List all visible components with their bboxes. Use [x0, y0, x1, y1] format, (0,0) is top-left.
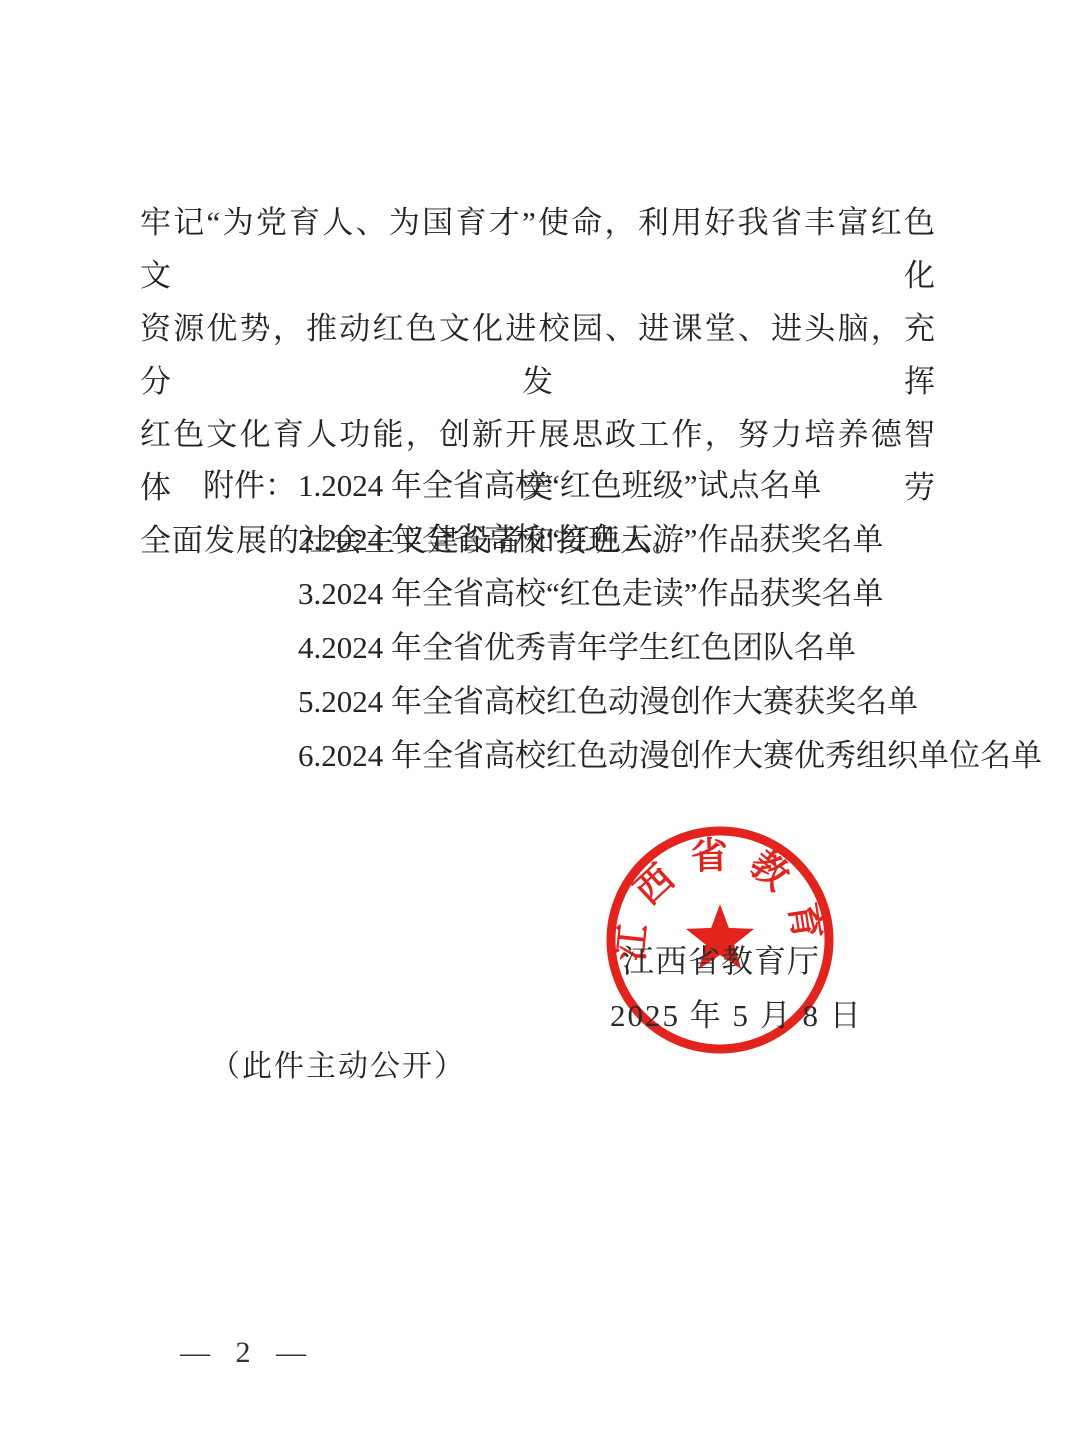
document-page: 牢记“为党育人、为国育才”使命，利用好我省丰富红色文化 资源优势，推动红色文化进… [0, 0, 1080, 1439]
attachment-label: 附件： [203, 459, 296, 513]
issue-date: 2025 年 5 月 8 日 [610, 996, 863, 1036]
attachment-item: 3.2024 年全省高校“红色走读”作品获奖名单 [298, 567, 1042, 621]
attachment-item: 2.2024 年全省高校“红色云游”作品获奖名单 [298, 513, 1042, 567]
attachment-item: 1.2024 年全省高校“红色班级”试点名单 [298, 459, 1042, 513]
paragraph-line: 资源优势，推动红色文化进校园、进课堂、进头脑，充分发挥 [140, 302, 936, 408]
attachment-item: 5.2024 年全省高校红色动漫创作大赛获奖名单 [298, 675, 1042, 729]
paragraph-line: 牢记“为党育人、为国育才”使命，利用好我省丰富红色文化 [140, 196, 936, 302]
attachment-item: 6.2024 年全省高校红色动漫创作大赛优秀组织单位名单 [298, 729, 1042, 783]
attachment-items: 1.2024 年全省高校“红色班级”试点名单 2.2024 年全省高校“红色云游… [298, 459, 1042, 783]
attachment-list: 附件： 1.2024 年全省高校“红色班级”试点名单 2.2024 年全省高校“… [203, 459, 1042, 783]
page-number: — 2 — [180, 1336, 315, 1370]
attachment-item: 4.2024 年全省优秀青年学生红色团队名单 [298, 621, 1042, 675]
footer-note: （此件主动公开） [210, 1046, 466, 1088]
issuer-signature: 江西省教育厅 [622, 941, 820, 981]
